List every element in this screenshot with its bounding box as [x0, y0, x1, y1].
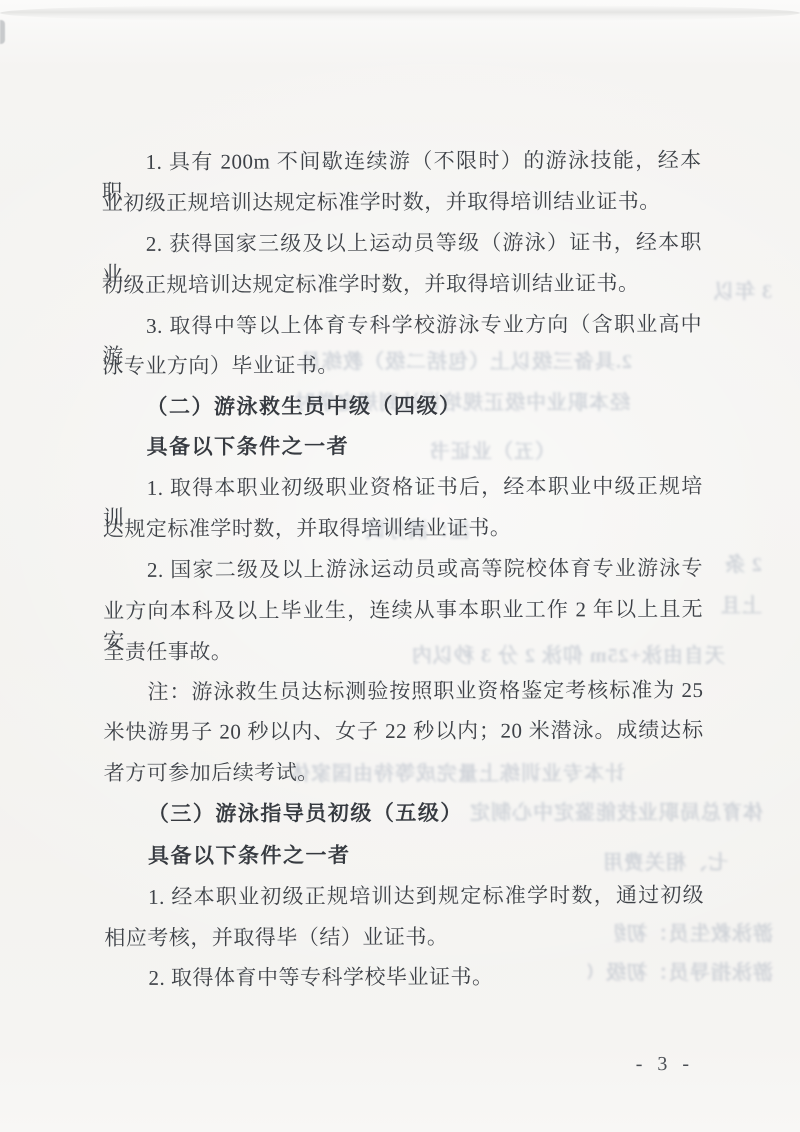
note-line: 注：游泳救生员达标测验按照职业资格鉴定考核标准为 25: [103, 675, 703, 709]
section-heading: （三）游泳指导员初级（五级）: [104, 797, 704, 831]
body-text-line: 达规定标准学时数，并取得培训结业证书。: [103, 512, 703, 546]
body-text-line: 相应考核，并取得毕（结）业证书。: [104, 921, 704, 955]
body-text-line: 2. 取得体育中等专科学校毕业证书。: [104, 961, 704, 995]
section-subheading: 具备以下条件之一者: [103, 430, 703, 464]
section-subheading: 具备以下条件之一者: [104, 839, 704, 873]
body-text-line: 2. 国家二级及以上游泳运动员或高等院校体育专业游泳专: [103, 553, 703, 587]
body-text-line: 1. 具有 200m 不间歇连续游（不限时）的游泳技能，经本职: [102, 145, 702, 179]
body-text-line: 业方向本科及以上毕业生，连续从事本职业工作 2 年以上且无安: [103, 594, 703, 628]
body-text-line: 全责任事故。: [103, 635, 703, 669]
note-line: 米快游男子 20 秒以内、女子 22 秒以内；20 米潜泳。成绩达标: [104, 715, 704, 749]
body-text-line: 2. 获得国家三级及以上运动员等级（游泳）证书，经本职业: [102, 227, 702, 261]
document-body: 1. 具有 200m 不间歇连续游（不限时）的游泳技能，经本职 业初级正规培训达…: [0, 0, 800, 1132]
body-text-line: 初级正规培训达规定标准学时数，并取得培训结业证书。: [102, 268, 702, 302]
body-text-line: 泳专业方向）毕业证书。: [102, 349, 702, 383]
body-text-line: 1. 经本职业初级正规培训达到规定标准学时数，通过初级: [104, 880, 704, 914]
body-text-line: 3. 取得中等以上体育专科学校游泳专业方向（含职业高中游: [102, 309, 702, 343]
section-heading: （二）游泳救生员中级（四级）: [102, 390, 702, 424]
page-number: - 3 -: [636, 1053, 694, 1076]
body-text-line: 1. 取得本职业初级职业资格证书后，经本职业中级正规培训: [103, 471, 703, 505]
note-line: 者方可参加后续考试。: [104, 756, 704, 790]
body-text-line: 业初级正规培训达规定标准学时数，并取得培训结业证书。: [102, 186, 702, 220]
scanned-document-page: 3 年以 2.具备三级以上（包括二级）教练员 经本职业中级正规培训达到规定学时 …: [0, 0, 800, 1132]
